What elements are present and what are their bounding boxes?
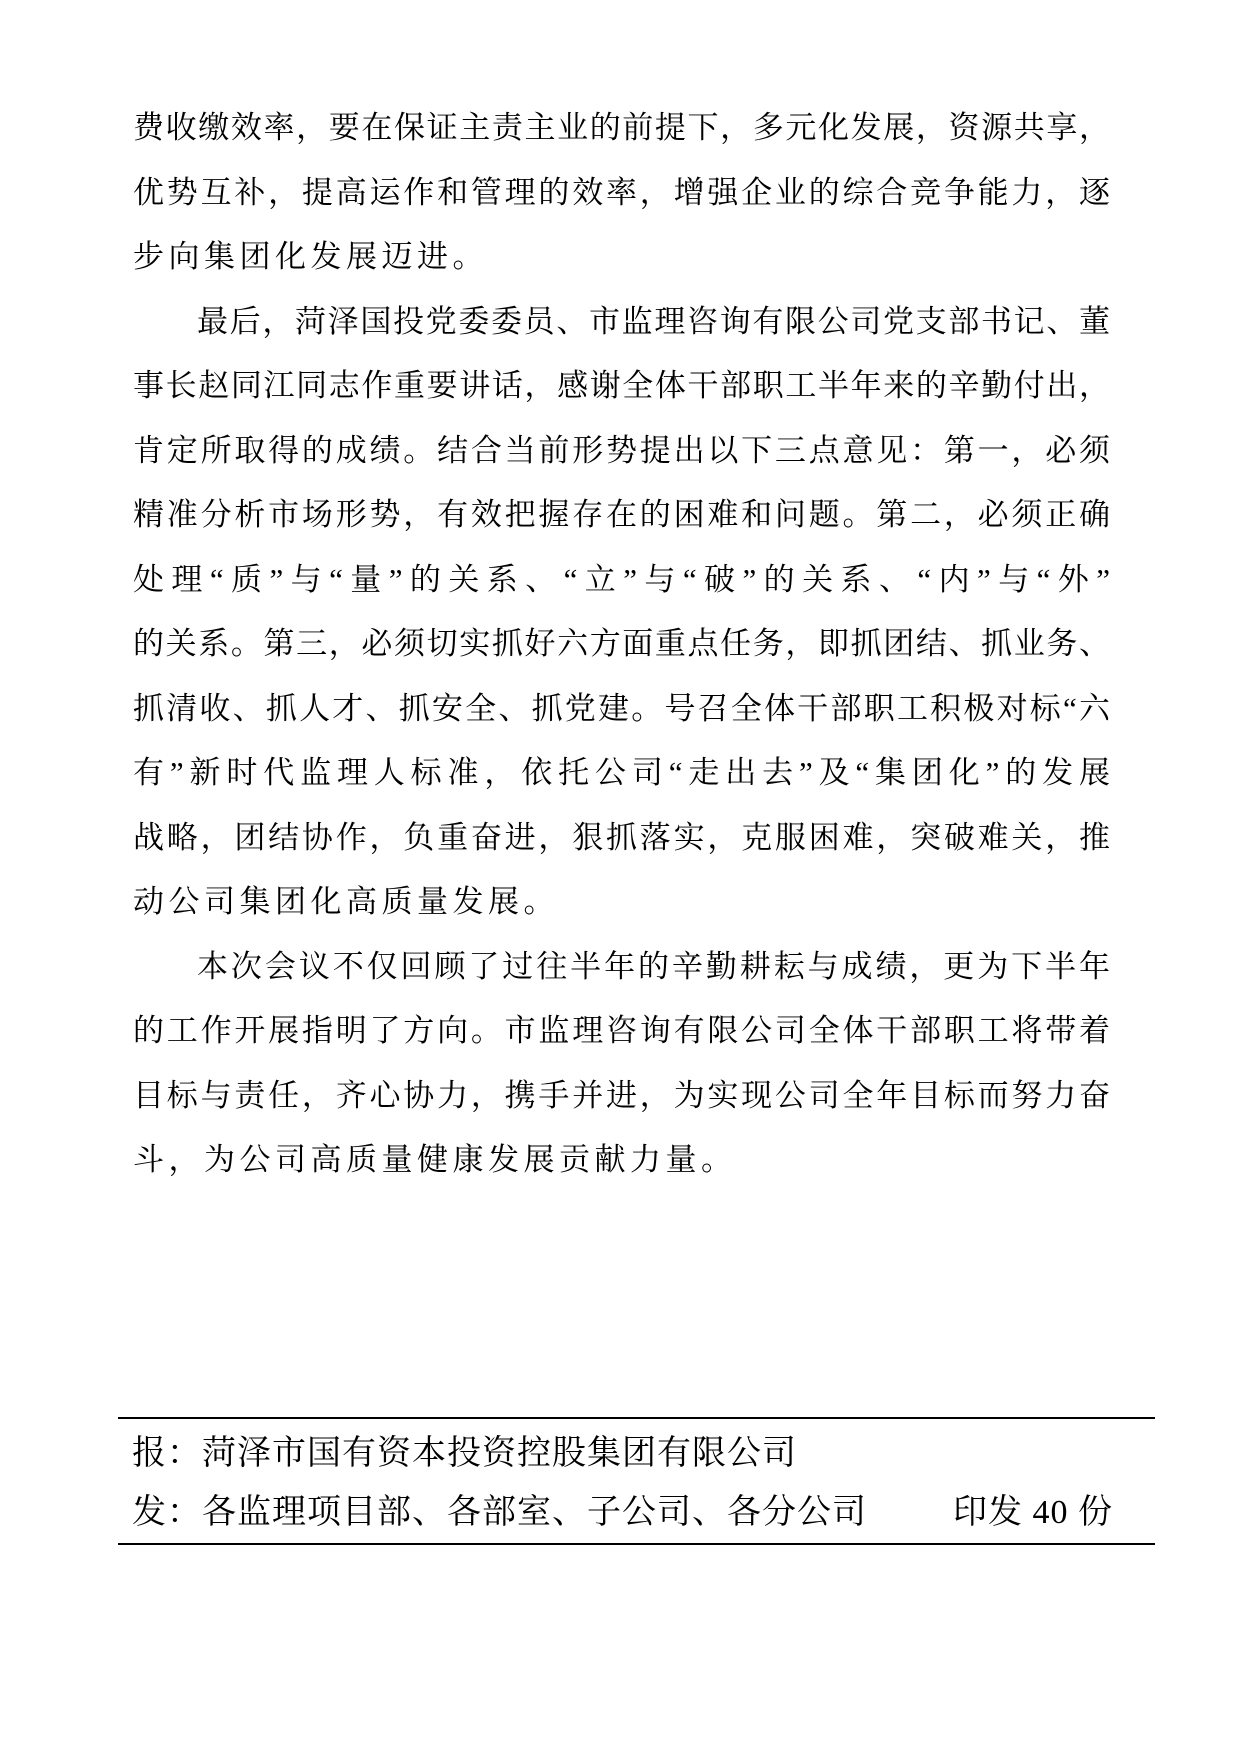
body-line: 处理“质”与“量”的关系、“立”与“破”的关系、“内”与“外” — [133, 548, 1110, 613]
body-line: 战略，团结协作，负重奋进，狠抓落实，克服困难，突破难关，推 — [133, 806, 1110, 871]
body-line: 精准分析市场形势，有效把握存在的困难和问题。第二，必须正确 — [133, 483, 1110, 548]
distribution-value: 各监理项目部、各部室、子公司、各分公司 — [202, 1494, 867, 1531]
body-line: 抓清收、抓人才、抓安全、抓党建。号召全体干部职工积极对标“六 — [133, 677, 1110, 742]
report-line: 报：菏泽市国有资本投资控股集团有限公司 — [118, 1424, 1155, 1483]
distribution-line: 发：各监理项目部、各部室、子公司、各分公司 印发 40 份 — [118, 1483, 1155, 1542]
body-line: 本次会议不仅回顾了过往半年的辛勤耕耘与成绩，更为下半年 — [133, 935, 1110, 1000]
body-line: 肯定所取得的成绩。结合当前形势提出以下三点意见：第一，必须 — [133, 419, 1110, 484]
body-line: 目标与责任，齐心协力，携手并进，为实现公司全年目标而努力奋 — [133, 1064, 1110, 1129]
body-line: 费收缴效率，要在保证主责主业的前提下，多元化发展，资源共享， — [133, 96, 1110, 161]
distribution-label: 发： — [132, 1494, 202, 1531]
report-value: 菏泽市国有资本投资控股集团有限公司 — [202, 1435, 797, 1472]
print-copies: 印发 40 份 — [953, 1483, 1113, 1542]
document-body: 费收缴效率，要在保证主责主业的前提下，多元化发展，资源共享，优势互补，提高运作和… — [133, 96, 1110, 1193]
document-page: 费收缴效率，要在保证主责主业的前提下，多元化发展，资源共享，优势互补，提高运作和… — [0, 0, 1240, 1754]
body-line: 的关系。第三，必须切实抓好六方面重点任务，即抓团结、抓业务、 — [133, 612, 1110, 677]
body-line: 优势互补，提高运作和管理的效率，增强企业的综合竞争能力，逐 — [133, 161, 1110, 226]
report-label: 报： — [132, 1435, 202, 1472]
body-line: 最后，菏泽国投党委委员、市监理咨询有限公司党支部书记、董 — [133, 290, 1110, 355]
body-line: 的工作开展指明了方向。市监理咨询有限公司全体干部职工将带着 — [133, 999, 1110, 1064]
body-line: 事长赵同江同志作重要讲话，感谢全体干部职工半年来的辛勤付出， — [133, 354, 1110, 419]
distribution-block: 报：菏泽市国有资本投资控股集团有限公司 发：各监理项目部、各部室、子公司、各分公… — [118, 1417, 1155, 1545]
body-line: 动公司集团化高质量发展。 — [133, 870, 1110, 935]
body-line: 有”新时代监理人标准，依托公司“走出去”及“集团化”的发展 — [133, 741, 1110, 806]
body-line: 斗，为公司高质量健康发展贡献力量。 — [133, 1128, 1110, 1193]
body-line: 步向集团化发展迈进。 — [133, 225, 1110, 290]
